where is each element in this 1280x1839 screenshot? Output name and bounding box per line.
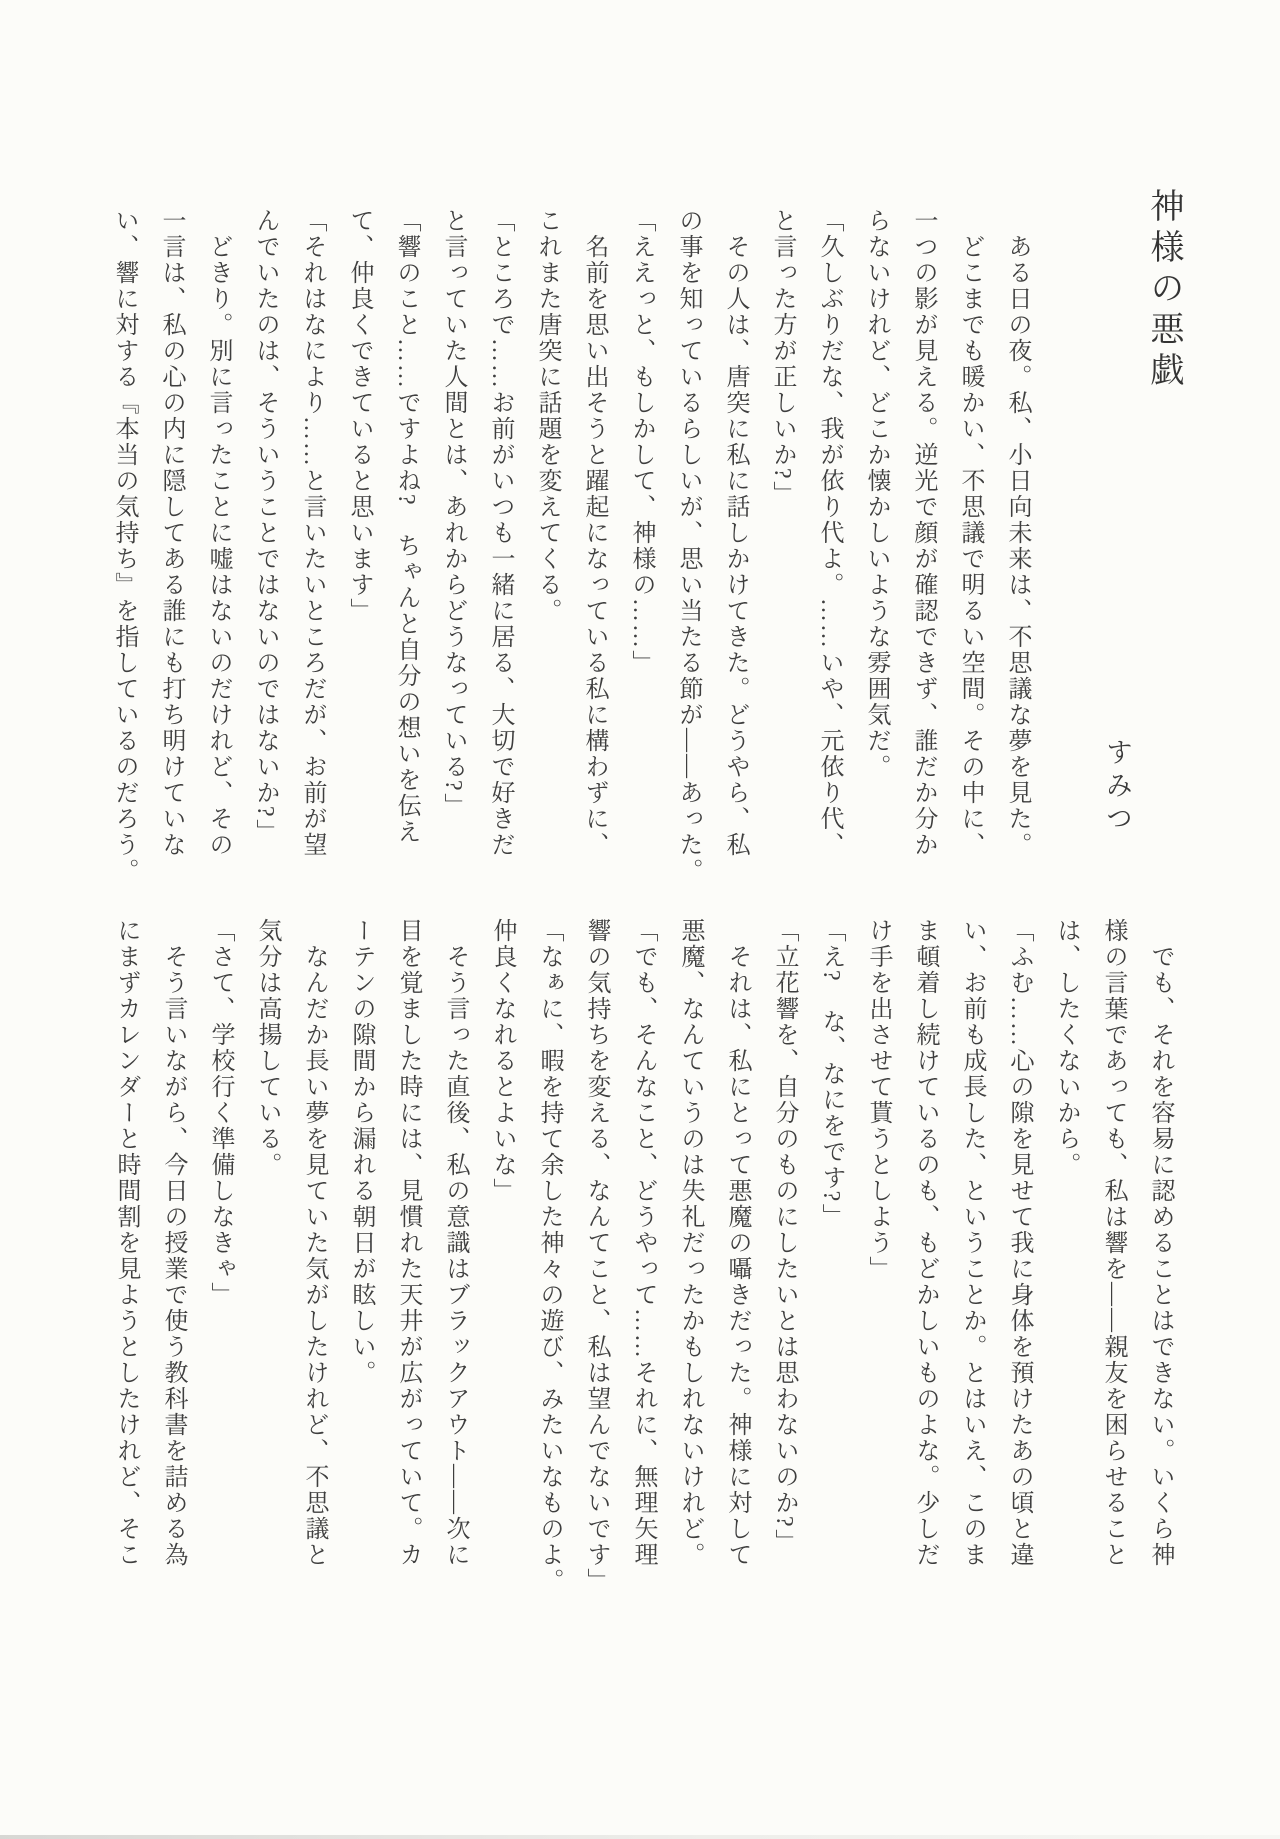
text-column: 響の気持ちを変える、なんてこと、私は望んでないです」	[572, 918, 619, 1658]
story-text-bottom-block: でも、それを容易に認めることはできない。いくら神様の言葉であっても、私は響を――…	[102, 918, 1183, 1658]
author-name: すみつ	[1098, 738, 1137, 837]
text-column: でも、それを容易に認めることはできない。いくら神	[1136, 918, 1183, 1658]
text-column: 「なぁに、暇を持て余した神々の遊び、みたいなものよ。	[525, 918, 572, 1658]
text-column: ま頓着し続けているのも、もどかしいものよな。少しだ	[901, 918, 948, 1658]
text-column: その人は、唐突に私に話しかけてきた。どうやら、私	[711, 208, 758, 908]
text-column: 悪魔、なんていうのは失礼だったかもしれないけれど。	[666, 918, 713, 1658]
text-column: そう言いながら、今日の授業で使う教科書を詰める為	[149, 918, 196, 1658]
story-text-top-block: ある日の夜。私、小日向未来は、不思議な夢を見た。 どこまでも暖かい、不思議で明る…	[100, 208, 1040, 908]
text-column: と言った方が正しいか?」	[758, 208, 805, 908]
page-title: 神様の悪戯	[1139, 188, 1188, 393]
text-column: これまた唐突に話題を変えてくる。	[523, 208, 570, 908]
text-column: は、したくないから。	[1042, 918, 1089, 1658]
text-column: 「え? な、なにをです?」	[807, 918, 854, 1658]
text-column: 仲良くなれるとよいな」	[478, 918, 525, 1658]
text-column: どこまでも暖かい、不思議で明るい空間。その中に、	[946, 208, 993, 908]
text-column: にまずカレンダーと時間割を見ようとしたけれど、そこ	[102, 918, 149, 1658]
text-column: て、仲良くできていると思います」	[335, 208, 382, 908]
text-column: 「久しぶりだな、我が依り代よ。……いや、元依り代、	[805, 208, 852, 908]
text-column: の事を知っているらしいが、思い当たる節が――あった。	[664, 208, 711, 908]
text-column: 一言は、私の心の内に隠してある誰にも打ち明けていな	[147, 208, 194, 908]
scanned-novel-page: 神様の悪戯 すみつ ある日の夜。私、小日向未来は、不思議な夢を見た。 どこまでも…	[0, 0, 1280, 1839]
text-column: そう言った直後、私の意識はブラックアウト――次に	[431, 918, 478, 1658]
text-column: 気分は高揚している。	[243, 918, 290, 1658]
text-column: 一つの影が見える。逆光で顔が確認できず、誰だか分か	[899, 208, 946, 908]
text-column: なんだか長い夢を見ていた気がしたけれど、不思議と	[290, 918, 337, 1658]
text-column: らないけれど、どこか懐かしいような雰囲気だ。	[852, 208, 899, 908]
text-column: 「ところで……お前がいつも一緒に居る、大切で好きだ	[476, 208, 523, 908]
text-column: 「さて、学校行く準備しなきゃ」	[196, 918, 243, 1658]
text-column: 名前を思い出そうと躍起になっている私に構わずに、	[570, 208, 617, 908]
text-column: 様の言葉であっても、私は響を――親友を困らせること	[1089, 918, 1136, 1658]
text-column: どきり。別に言ったことに嘘はないのだけれど、その	[194, 208, 241, 908]
text-column: け手を出させて貰うとしよう」	[854, 918, 901, 1658]
text-column: 「それはなにより……と言いたいところだが、お前が望	[288, 208, 335, 908]
text-column: と言っていた人間とは、あれからどうなっている?」	[429, 208, 476, 908]
text-column: い、響に対する『本当の気持ち』を指しているのだろう。	[100, 208, 147, 908]
text-column: 「立花響を、自分のものにしたいとは思わないのか?」	[760, 918, 807, 1658]
text-column: 「響のこと……ですよね? ちゃんと自分の想いを伝え	[382, 208, 429, 908]
text-column: んでいたのは、そういうことではないのではないか?」	[241, 208, 288, 908]
text-column: ーテンの隙間から漏れる朝日が眩しい。	[337, 918, 384, 1658]
text-column: 「でも、そんなこと、どうやって……それに、無理矢理	[619, 918, 666, 1658]
text-column: 「ふむ……心の隙を見せて我に身体を預けたあの頃と違	[995, 918, 1042, 1658]
text-column: ある日の夜。私、小日向未来は、不思議な夢を見た。	[993, 208, 1040, 908]
page-bottom-edge	[0, 1835, 1280, 1839]
text-column: 目を覚ました時には、見慣れた天井が広がっていて。カ	[384, 918, 431, 1658]
text-column: い、お前も成長した、ということか。とはいえ、このま	[948, 918, 995, 1658]
text-column: 「ええっと、もしかして、神様の……」	[617, 208, 664, 908]
text-column: それは、私にとって悪魔の囁きだった。神様に対して	[713, 918, 760, 1658]
